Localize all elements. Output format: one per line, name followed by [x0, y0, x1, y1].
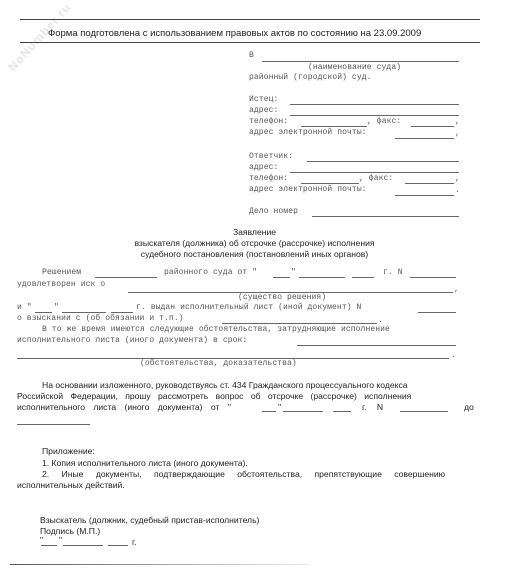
defendant-label: Ответчик:: [249, 152, 293, 161]
signature-date-q2: ": [59, 535, 62, 545]
claim-end: ,: [454, 285, 459, 294]
court-field[interactable]: [95, 277, 157, 278]
plaintiff-phone-label: телефон:: [249, 117, 288, 126]
header-bottom-rule: [20, 42, 480, 43]
request-line-2: Российской Федерации, прошу рассмотреть …: [17, 391, 411, 401]
circumstances-field-1[interactable]: [297, 345, 456, 346]
defendant-name-field[interactable]: [307, 161, 459, 162]
attachment-item-2: 2. Иные документы, подтверждающие обстоя…: [42, 469, 445, 479]
essence-hint: (существо решения): [238, 293, 326, 302]
plaintiff-address-label: адрес:: [249, 106, 278, 115]
case-number-field[interactable]: [312, 216, 459, 217]
request-year-field[interactable]: [333, 411, 351, 412]
signature-month-field[interactable]: [63, 545, 103, 546]
page-bottom-rule: [10, 564, 310, 565]
document-subtitle-1: взыскателя (должника) об отсрочке (расср…: [0, 238, 509, 248]
writ-year-field[interactable]: [111, 312, 133, 313]
writ-day-field[interactable]: [35, 312, 52, 313]
writ-issued-text: г. выдан исполнительный лист (иной докум…: [136, 303, 361, 312]
case-number-label: Дело номер: [249, 207, 298, 216]
signature-label: Подпись (М.П.): [40, 526, 100, 536]
recovery-end: .: [378, 316, 383, 325]
plaintiff-address-field[interactable]: [290, 115, 459, 116]
defendant-fax-label: , факс:: [359, 174, 393, 183]
decision-quote-close: ": [291, 268, 296, 277]
plaintiff-fax-field[interactable]: [411, 126, 454, 127]
to-prefix: В: [249, 51, 254, 60]
court-type: районный (городской) суд.: [249, 73, 372, 82]
writ-date-quote-close: ": [54, 303, 59, 312]
decision-year-field[interactable]: [352, 277, 374, 278]
document-subtitle-2: судебного постановления (постановлений и…: [0, 249, 509, 259]
attachment-item-2-cont: исполнительных действий.: [17, 480, 125, 490]
court-name-hint: (наименование суда): [308, 63, 401, 72]
circumstances-end: .: [451, 351, 456, 360]
defendant-fax-comma: ,: [455, 174, 460, 183]
decision-number-label: г. N: [383, 268, 403, 277]
signature-year-field[interactable]: [108, 545, 128, 546]
decision-day-field[interactable]: [273, 277, 290, 278]
plaintiff-phone-field[interactable]: [301, 126, 367, 127]
defendant-phone-label: телефон:: [249, 174, 288, 183]
request-number-field[interactable]: [400, 411, 448, 412]
defendant-address-label: адрес:: [249, 163, 278, 172]
signature-year-suffix: г.: [132, 537, 136, 547]
request-until-field[interactable]: [17, 424, 90, 425]
plaintiff-name-field[interactable]: [290, 104, 459, 105]
signature-day-field[interactable]: [41, 545, 57, 546]
writ-number-field[interactable]: [418, 312, 456, 313]
plaintiff-fax-comma: ,: [455, 117, 460, 126]
request-line-3: исполнительного листа (иного документа) …: [17, 402, 231, 412]
defendant-phone-field[interactable]: [301, 183, 359, 184]
header-top-rule: [20, 19, 480, 20]
court-name-field[interactable]: [262, 61, 459, 62]
decision-number-field[interactable]: [410, 277, 456, 278]
attachments-label: Приложение:: [42, 446, 95, 456]
circumstances-hint: (обстоятельства, доказательства): [140, 359, 297, 368]
plaintiff-label: Истец:: [249, 95, 278, 104]
request-line-1: На основании изложенного, руководствуясь…: [42, 380, 408, 390]
document-title: Заявление: [0, 227, 509, 237]
defendant-fax-field[interactable]: [405, 183, 454, 184]
header-note: Форма подготовлена с использованием прав…: [48, 28, 421, 39]
attachment-item-1: 1. Копия исполнительного листа (иного до…: [42, 458, 248, 468]
defendant-email-end: .: [455, 186, 460, 195]
circumstances-intro-2: исполнительного листа (иного документа) …: [17, 336, 247, 345]
request-until-label: до: [464, 402, 474, 412]
writ-date-quote: и ": [17, 303, 32, 312]
request-day-field[interactable]: [262, 411, 276, 412]
plaintiff-fax-label: , факс:: [367, 117, 401, 126]
signer-role: Взыскатель (должник, судебный пристав-ис…: [40, 515, 259, 525]
request-quote-close: ": [278, 402, 281, 412]
plaintiff-email-field[interactable]: [395, 138, 454, 139]
plaintiff-email-end: ,: [455, 129, 460, 138]
request-month-field[interactable]: [283, 411, 323, 412]
defendant-email-label: адрес электронной почты:: [249, 185, 367, 194]
recovery-label: о взыскании с (об обязании и т.п.): [17, 314, 184, 323]
circumstances-intro: В то же время имеются следующие обстояте…: [42, 325, 390, 334]
signature-date-q1: ": [40, 535, 43, 545]
defendant-email-field[interactable]: [395, 195, 454, 196]
claim-label: удовлетворен иск о: [17, 280, 105, 289]
writ-month-field[interactable]: [62, 312, 106, 313]
recovery-field[interactable]: [222, 323, 377, 324]
decision-court-text: районного суда от ": [164, 268, 257, 277]
decision-label: Решением: [42, 268, 81, 277]
plaintiff-email-label: адрес электронной почты:: [249, 128, 367, 137]
defendant-address-field[interactable]: [290, 172, 459, 173]
request-number-label: г. N: [362, 402, 383, 412]
decision-month-field[interactable]: [299, 277, 345, 278]
